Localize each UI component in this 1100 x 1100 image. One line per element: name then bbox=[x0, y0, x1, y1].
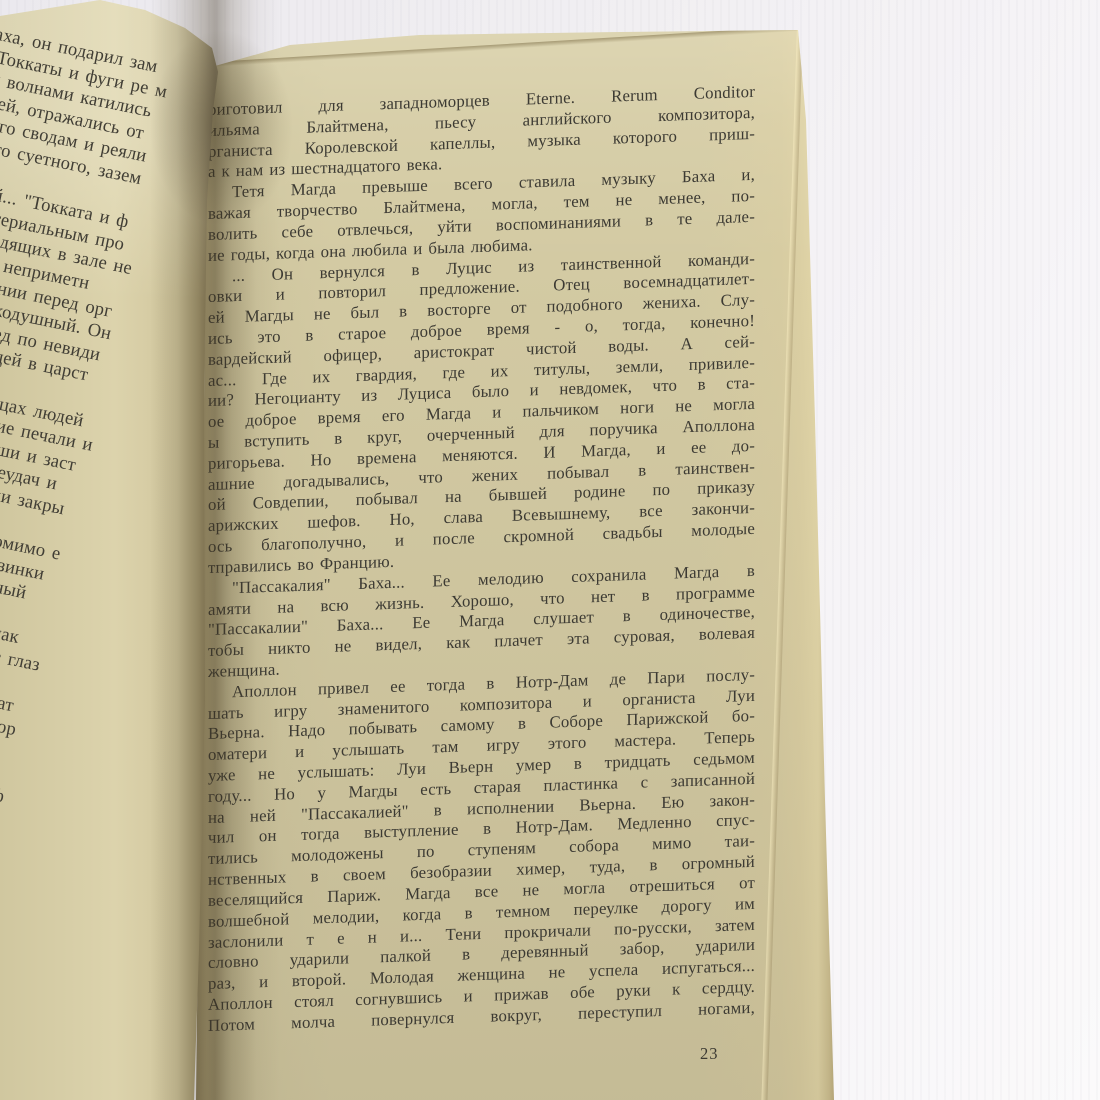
right-page-text: риготовил для западноморцев Eterne. Reru… bbox=[208, 82, 755, 1037]
page-fore-edge bbox=[761, 28, 803, 1100]
photo-canvas: риготовил для западноморцев Eterne. Reru… bbox=[0, 0, 1100, 1100]
page-number: 23 bbox=[700, 1044, 740, 1064]
